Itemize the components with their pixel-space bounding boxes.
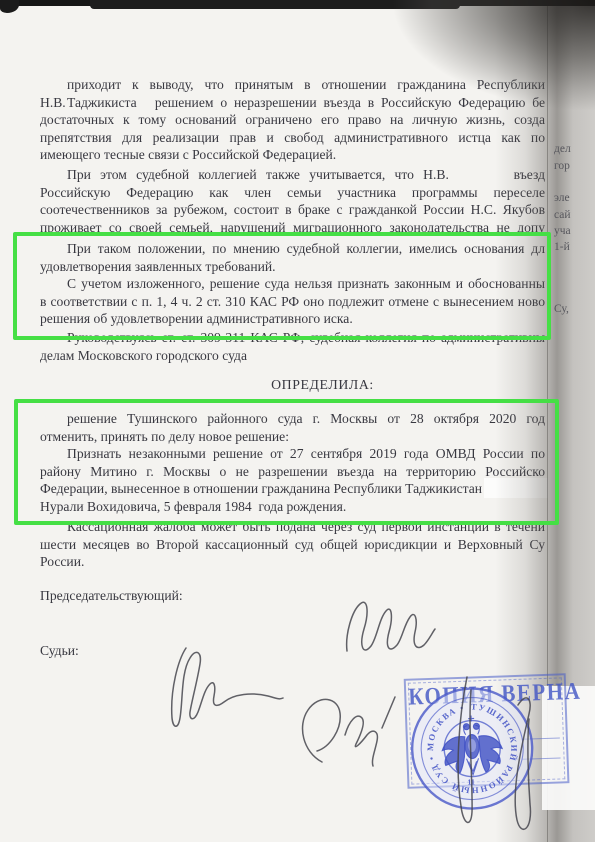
- adjacent-page-text-fragment: 1-й: [554, 240, 570, 254]
- adjacent-page-text-fragment: Су,: [554, 302, 569, 316]
- text-line: достаточных к тому оснований ограничено …: [40, 111, 545, 129]
- text-line: имеющего тесные связи с Российской Федер…: [40, 146, 545, 164]
- para-1: приходит к выводу, что принятым в отноше…: [40, 76, 545, 164]
- adjacent-page-text-fragment: дел: [554, 142, 571, 156]
- scan-top-edge-thick: [90, 0, 460, 9]
- judge-signature-2-tail: [345, 716, 377, 766]
- text-line: делам Московского городского суда: [40, 347, 545, 365]
- text-line: приходит к выводу, что принятым в отноше…: [40, 76, 545, 94]
- seal-number: 11: [467, 777, 475, 786]
- judges-label: Судьи:: [40, 643, 79, 659]
- adjacent-page-text-fragment: сай: [554, 208, 571, 222]
- judge-signature-2-slash: [382, 697, 395, 728]
- decision-heading: ОПРЕДЕЛИЛА:: [100, 377, 545, 393]
- judge-signature-2: [303, 699, 341, 762]
- highlight-box-2: [14, 399, 559, 525]
- text-line: Н.В. решением о неразрешении въезда в Ро…: [40, 94, 545, 112]
- text-line: соотечественников за рубежом, состоит в …: [40, 201, 545, 219]
- copy-certification-stamp: КОПИЯ ВЕРНА ТУШИНСКИЙ РАЙОННЫЙ СУД • МОС…: [395, 665, 578, 821]
- presiding-judge-signature: [347, 602, 435, 651]
- text-line: Российскую Федерацию как член семьи учас…: [40, 184, 545, 202]
- para-2: При этом судебной коллегией также учитыв…: [40, 166, 545, 236]
- text-line: препятствия для реализации прав и свобод…: [40, 129, 545, 147]
- para-8: Кассационная жалоба может быть подана че…: [40, 518, 545, 571]
- highlight-box-1: [13, 232, 551, 340]
- adjacent-page-text-fragment: уча: [554, 224, 571, 238]
- presiding-judge-label: Председательствующий:: [40, 588, 183, 604]
- judge-signature-1: [172, 648, 283, 726]
- text-line: шести месяцев во Второй кассационный суд…: [40, 536, 545, 554]
- scan-corner-mark: [0, 0, 19, 13]
- text-line: При этом судебной коллегией также учитыв…: [40, 166, 545, 184]
- adjacent-page-text-fragment: эле: [554, 191, 570, 205]
- text-line: России.: [40, 553, 545, 571]
- court-round-seal: ТУШИНСКИЙ РАЙОННЫЙ СУД • МОСКВА • 11: [406, 682, 538, 814]
- scanned-court-decision-page: приходит к выводу, что принятым в отноше…: [0, 0, 595, 842]
- adjacent-page-text-fragment: гор: [554, 159, 570, 173]
